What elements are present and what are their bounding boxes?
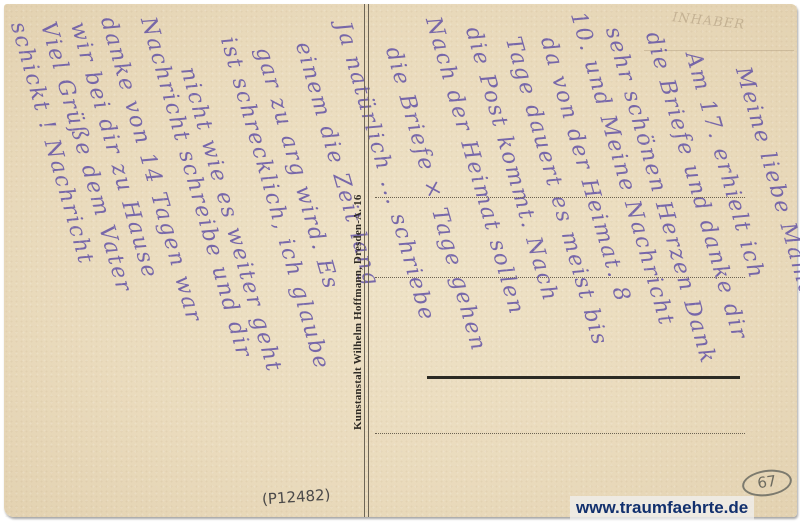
center-divider-line	[368, 4, 369, 517]
publisher-imprint: Kunstanstalt Wilhelm Hoffmann, Dresden-A…	[352, 194, 364, 430]
center-divider-line	[364, 4, 365, 517]
postcard-back: INHABER Meine liebe Mama Am 17. erhielt …	[4, 4, 797, 517]
address-line	[375, 197, 745, 198]
address-line	[375, 277, 745, 278]
watermark-link[interactable]: www.traumfaehrte.de	[570, 496, 754, 520]
address-line	[375, 433, 745, 434]
address-underline	[427, 376, 740, 379]
